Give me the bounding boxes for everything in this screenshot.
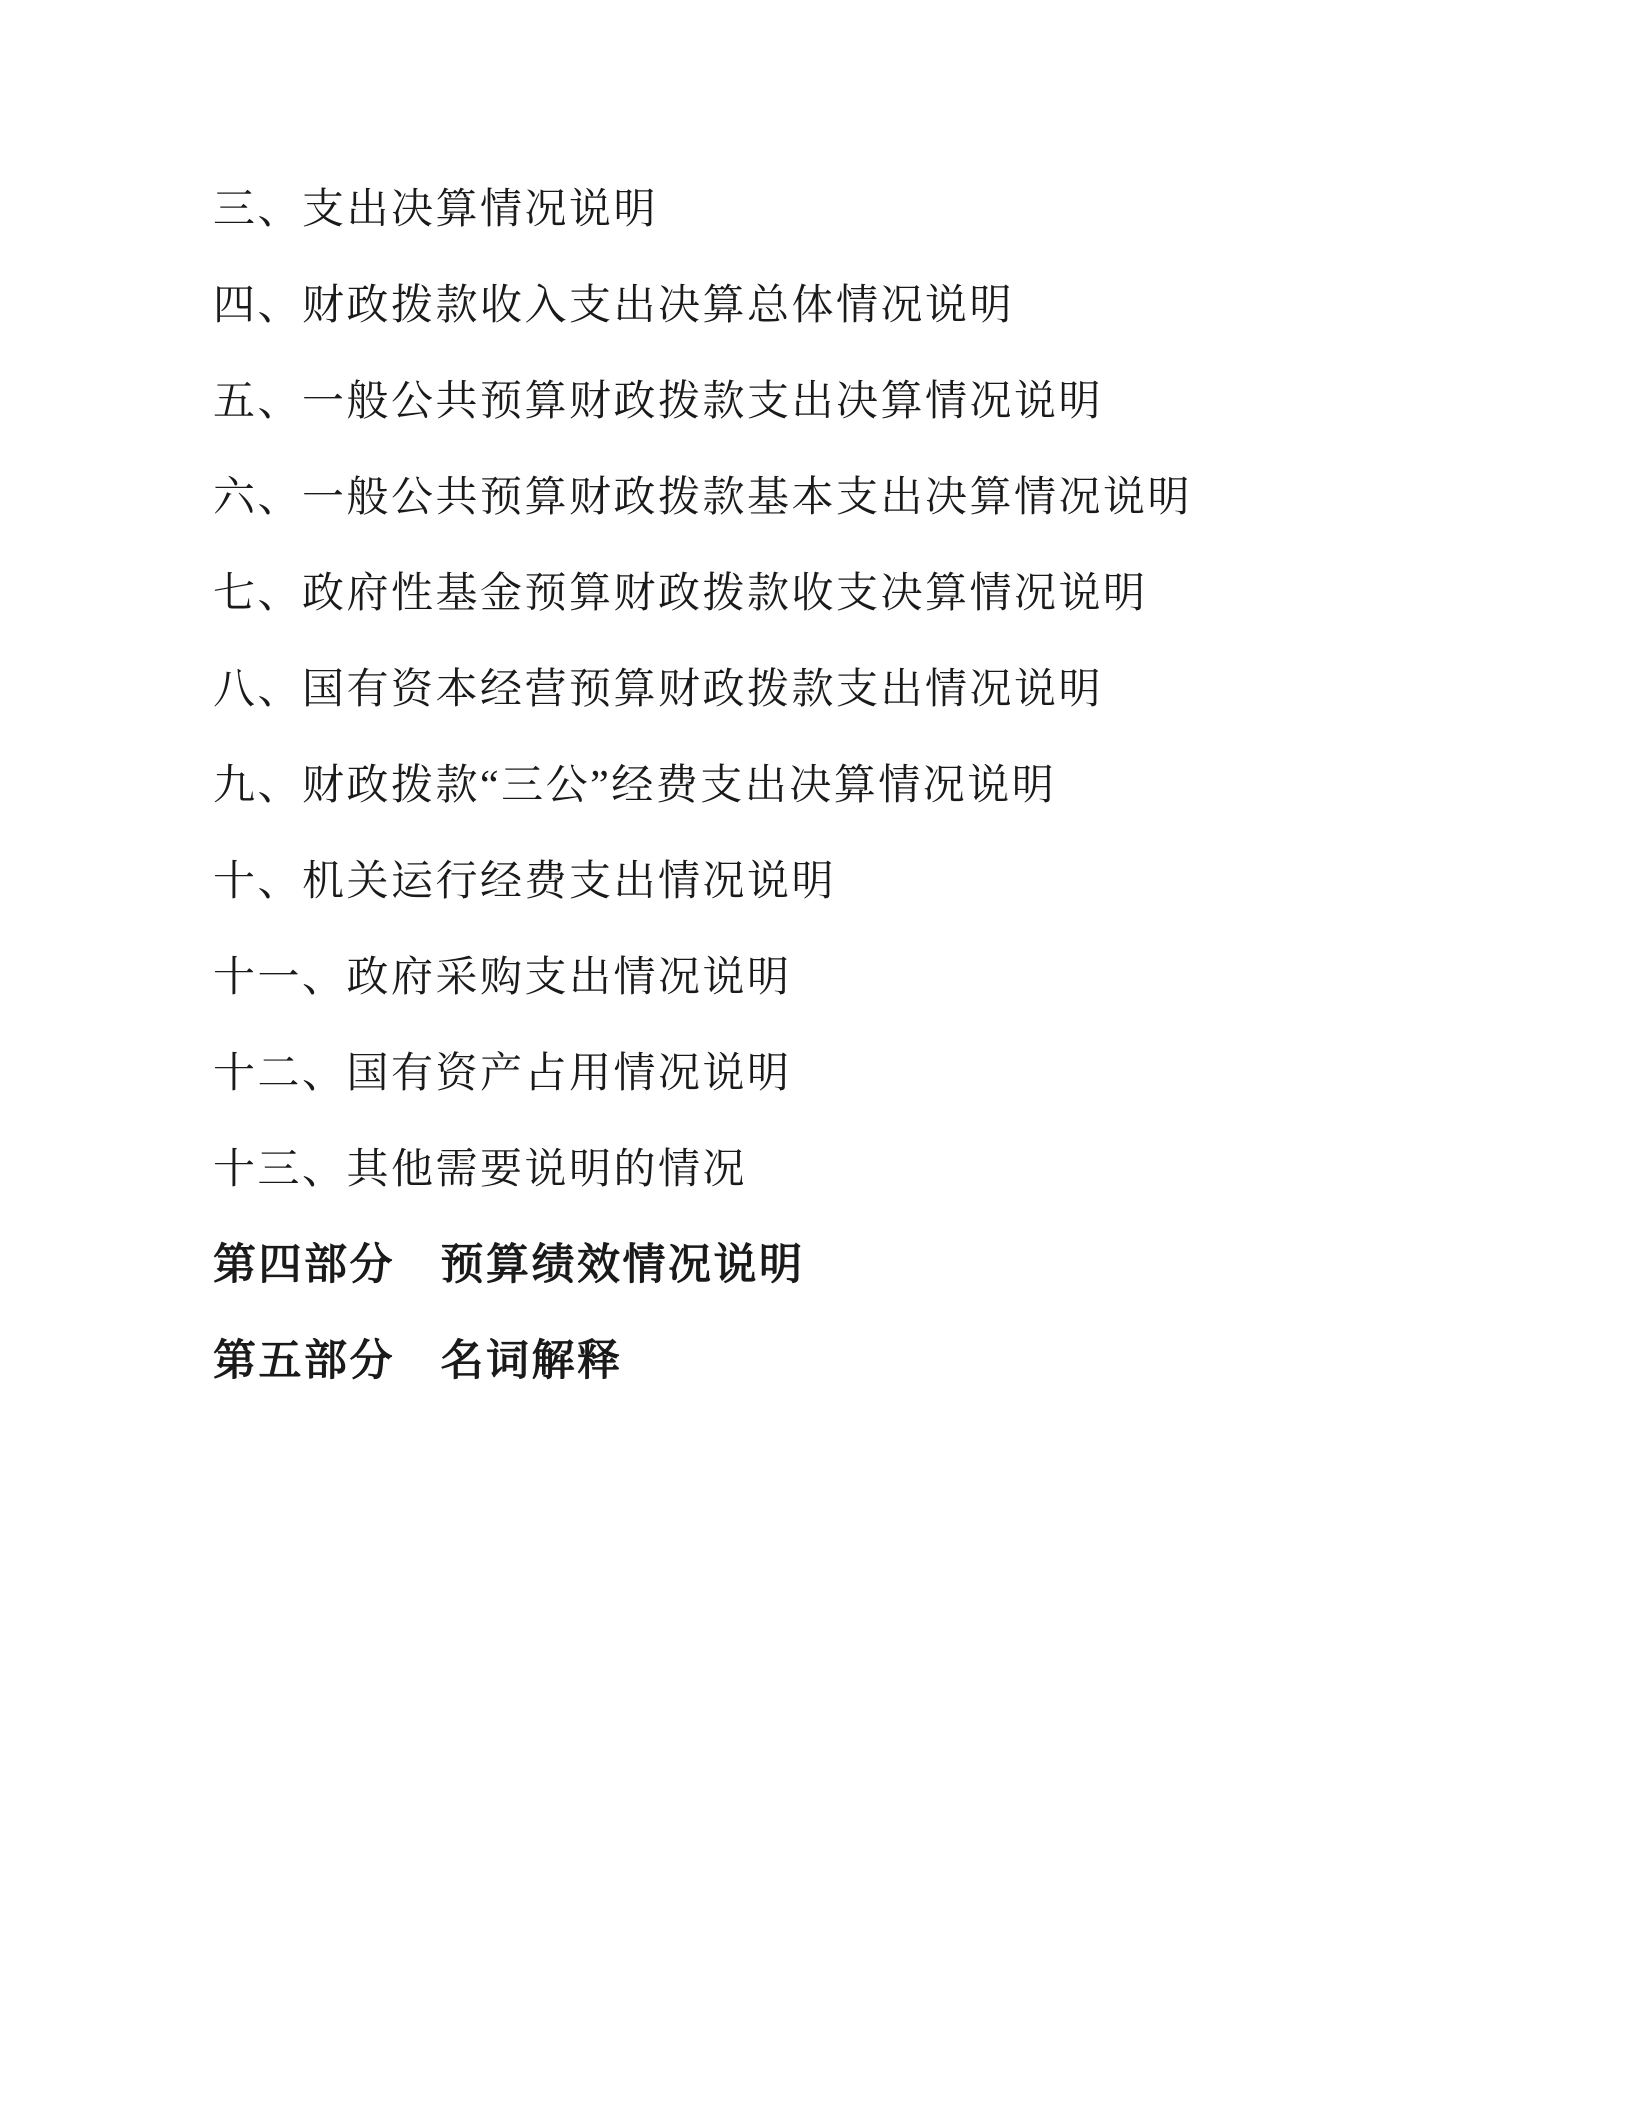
- toc-item-9: 九、财政拨款“三公”经费支出决算情况说明: [213, 738, 1512, 834]
- toc-item-11: 十一、政府采购支出情况说明: [213, 930, 1512, 1026]
- toc-item-8: 八、国有资本经营预算财政拨款支出情况说明: [213, 642, 1512, 738]
- toc-item-10: 十、机关运行经费支出情况说明: [213, 834, 1512, 930]
- toc-item-13: 十三、其他需要说明的情况: [213, 1122, 1512, 1218]
- document-page: 三、支出决算情况说明 四、财政拨款收入支出决算总体情况说明 五、一般公共预算财政…: [0, 0, 1632, 2112]
- toc-item-7: 七、政府性基金预算财政拨款收支决算情况说明: [213, 546, 1512, 642]
- section-heading-part4: 第四部分 预算绩效情况说明: [213, 1218, 1512, 1314]
- table-of-contents: 三、支出决算情况说明 四、财政拨款收入支出决算总体情况说明 五、一般公共预算财政…: [0, 0, 1632, 1410]
- toc-item-6: 六、一般公共预算财政拨款基本支出决算情况说明: [213, 450, 1512, 546]
- toc-item-5: 五、一般公共预算财政拨款支出决算情况说明: [213, 354, 1512, 450]
- section-heading-part5: 第五部分 名词解释: [213, 1314, 1512, 1410]
- toc-item-4: 四、财政拨款收入支出决算总体情况说明: [213, 258, 1512, 354]
- toc-item-12: 十二、国有资产占用情况说明: [213, 1026, 1512, 1122]
- toc-item-3: 三、支出决算情况说明: [213, 162, 1512, 258]
